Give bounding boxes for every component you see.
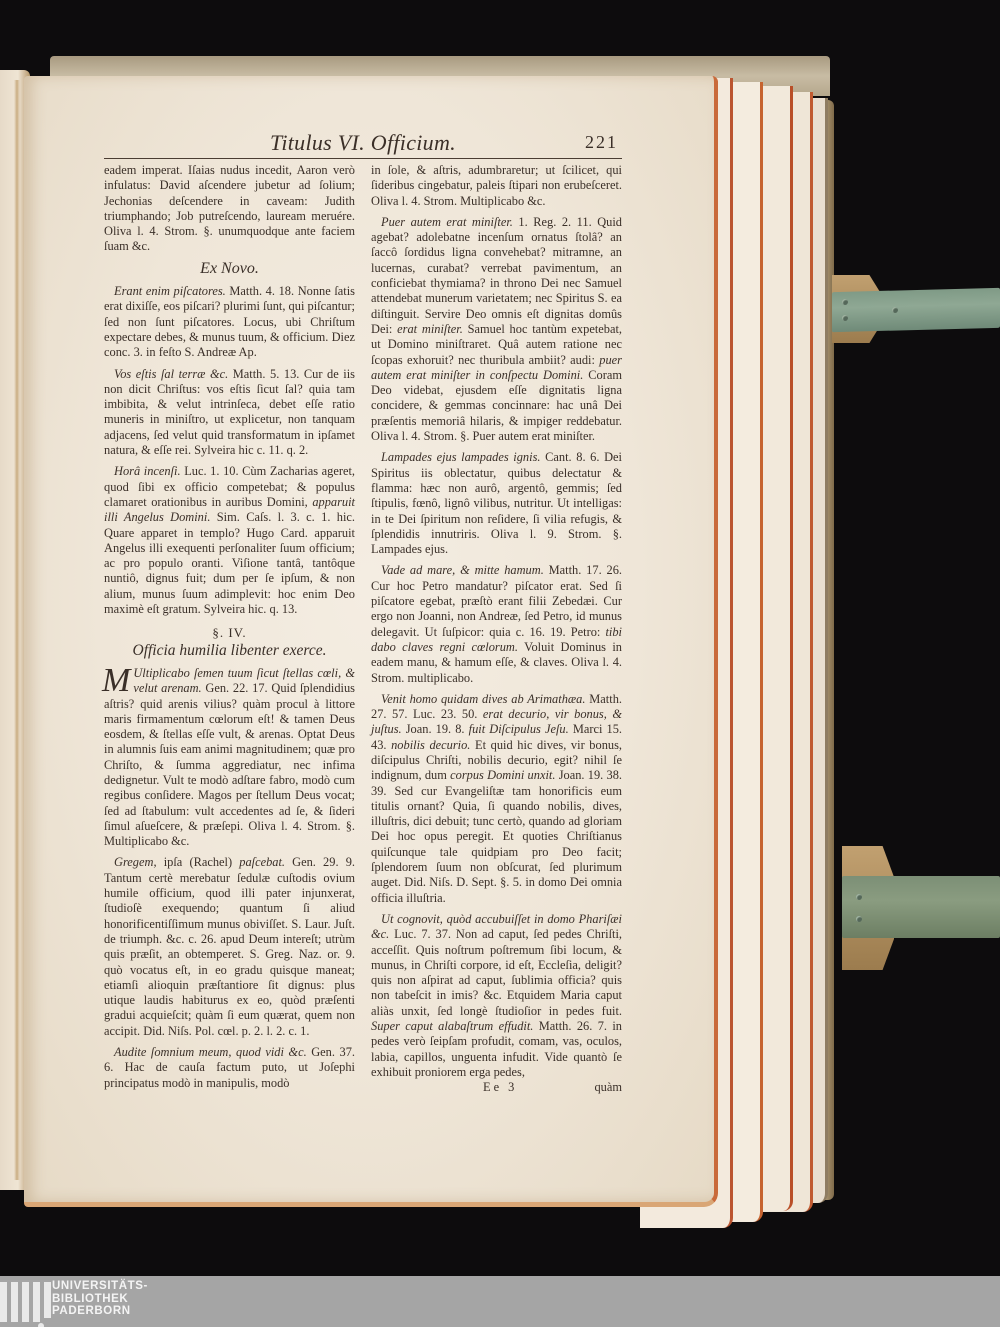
rivet-icon	[842, 299, 848, 305]
section-title: Officia humilia libenter exerce.	[104, 643, 355, 658]
paragraph: Venit homo quidam dives ab Arimathæa. Ma…	[371, 692, 622, 906]
rivet-icon	[856, 916, 862, 922]
lemma: Puer autem erat miniſter.	[381, 215, 513, 229]
running-title: Titulus VI. Officium.	[104, 130, 622, 156]
catchword: quàm	[594, 1080, 622, 1095]
logo-bar	[11, 1282, 18, 1322]
paragraph: Audite ſomnium meum, quod vidi &c. Gen. …	[104, 1045, 355, 1091]
paragraph: Lampades ejus lampades ignis. Cant. 8. 6…	[371, 450, 622, 557]
book-gutter	[14, 80, 20, 1180]
drop-cap: M	[102, 667, 130, 695]
lemma: Gregem,	[114, 855, 157, 869]
logo-bar	[22, 1282, 29, 1322]
paragraph: Vade ad mare, & mitte hamum. Matth. 17. …	[371, 563, 622, 685]
lemma: Venit homo quidam dives ab Arimathæa.	[381, 692, 585, 706]
clasp-metal-strap	[832, 288, 1000, 332]
logo-bar	[0, 1282, 7, 1322]
library-footer-bar: UNIVERSITÄTS- BIBLIOTHEK PADERBORN	[0, 1276, 1000, 1327]
clasp-metal-strap	[842, 876, 1000, 938]
paragraph: Horâ incenſi. Luc. 1. 10. Cùm Zacharias …	[104, 464, 355, 617]
lower-clasp	[842, 846, 1000, 970]
paragraph: in ſole, & aſtris, adumbraretur; ut ſcil…	[371, 163, 622, 209]
section-number: §. IV.	[104, 625, 355, 640]
paragraph: Ut cognovit, quòd accubuiſſet in domo Ph…	[371, 912, 622, 1080]
text-columns: eadem imperat. Iſaias nudus incedit, Aar…	[104, 163, 622, 1097]
logo-bar	[33, 1282, 40, 1322]
page-footer-line: Ee 3 quàm	[371, 1080, 622, 1095]
subheading-ex-novo: Ex Novo.	[104, 261, 355, 276]
lemma: Lampades ejus lampades ignis.	[381, 450, 540, 464]
paragraph: Gregem, ipſa (Rachel) paſcebat. Gen. 29.…	[104, 855, 355, 1039]
lemma: Vos eſtis ſal terræ &c.	[114, 367, 228, 381]
library-logo-icon	[0, 1282, 51, 1327]
lemma: Audite ſomnium meum, quod vidi &c.	[114, 1045, 307, 1059]
paragraph: eadem imperat. Iſaias nudus incedit, Aar…	[104, 163, 355, 255]
logo-dot	[38, 1323, 44, 1327]
lemma: Erant enim piſcatores.	[114, 284, 226, 298]
paragraph: Erant enim piſcatores. Matth. 4. 18. Non…	[104, 284, 355, 360]
rivet-icon	[842, 315, 848, 321]
paragraph: MUltiplicabo ſemen tuum ſicut ſtellas cœ…	[104, 666, 355, 850]
running-head: Titulus VI. Officium. 221	[104, 130, 622, 159]
lemma: Horâ incenſi.	[114, 464, 181, 478]
rivet-icon	[892, 307, 898, 313]
page-content: Titulus VI. Officium. 221 eadem imperat.…	[104, 130, 622, 1097]
upper-clasp	[832, 275, 1000, 343]
paragraph: Vos eſtis ſal terræ &c. Matth. 5. 13. Cu…	[104, 367, 355, 459]
right-column: in ſole, & aſtris, adumbraretur; ut ſcil…	[371, 163, 622, 1097]
rivet-icon	[856, 894, 862, 900]
signature-mark: Ee 3	[483, 1080, 517, 1095]
logo-bar	[44, 1282, 51, 1318]
book-page: Titulus VI. Officium. 221 eadem imperat.…	[24, 76, 718, 1207]
left-column: eadem imperat. Iſaias nudus incedit, Aar…	[104, 163, 355, 1097]
lemma: Vade ad mare, & mitte hamum.	[381, 563, 544, 577]
paragraph: Puer autem erat miniſter. 1. Reg. 2. 11.…	[371, 215, 622, 444]
page-number: 221	[585, 132, 618, 153]
library-logo-text: UNIVERSITÄTS- BIBLIOTHEK PADERBORN	[52, 1280, 148, 1318]
